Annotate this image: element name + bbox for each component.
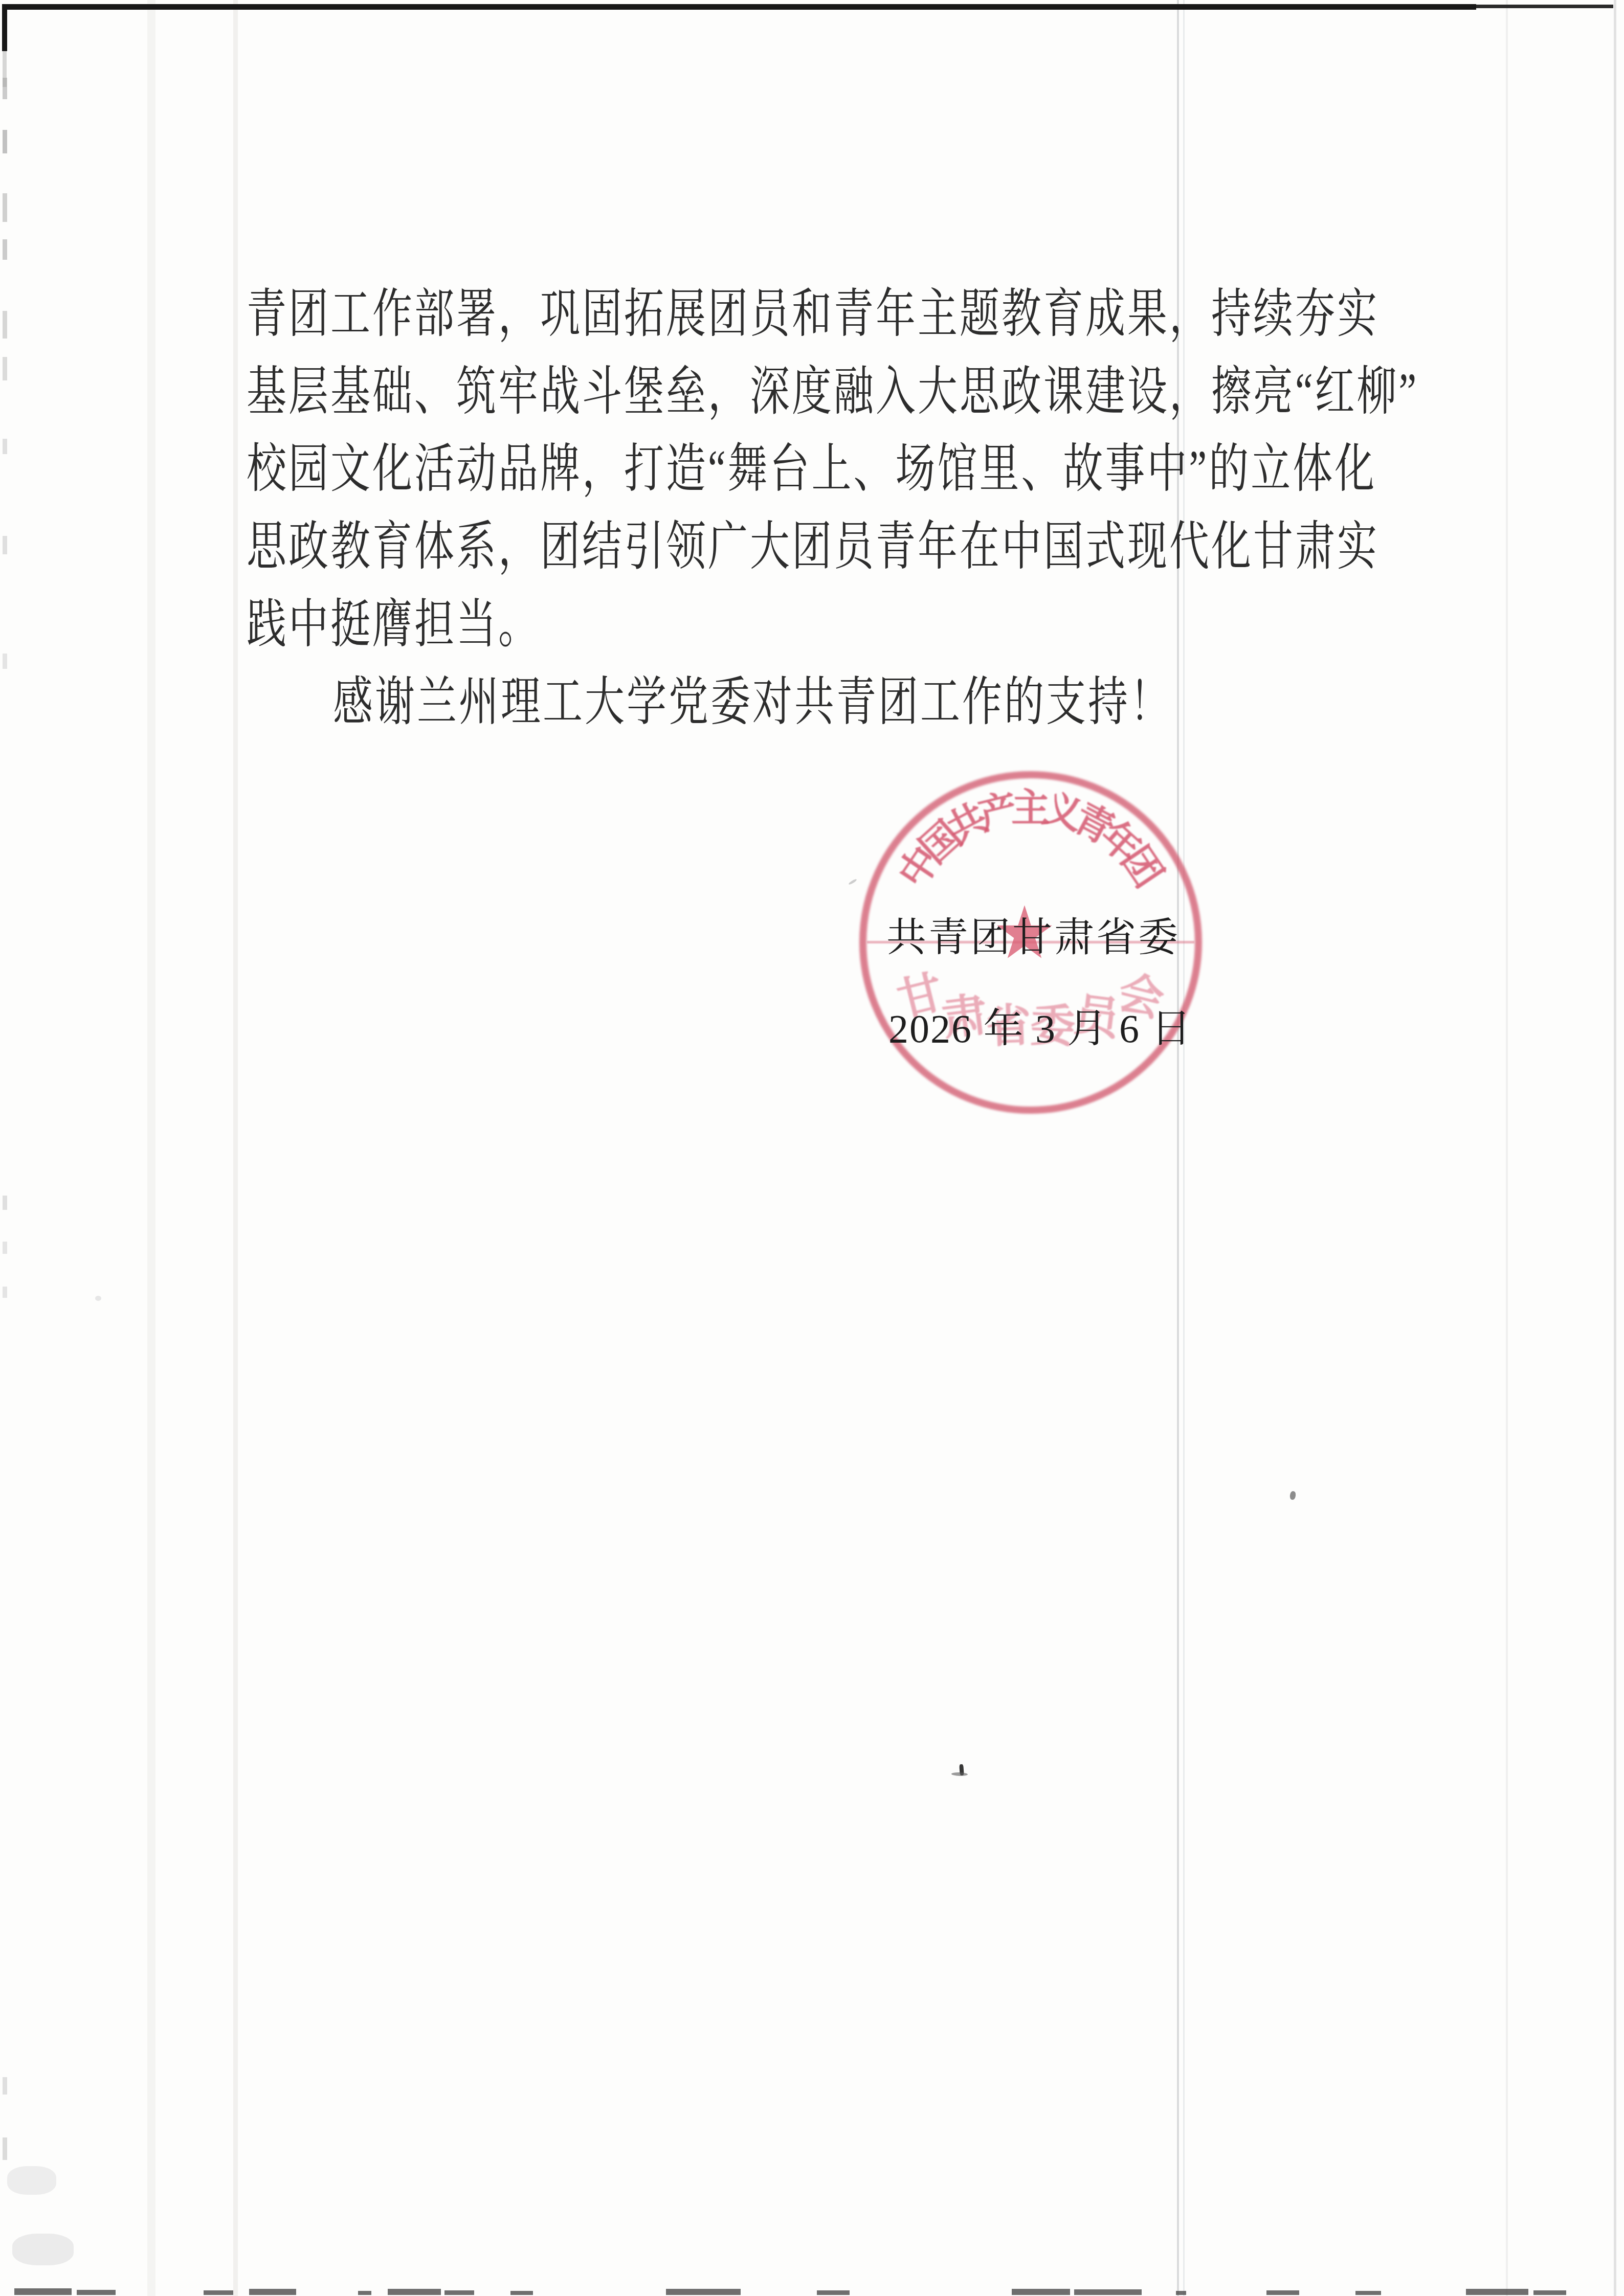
scan-edge-top-tail [1476,5,1613,8]
bottom-edge-dash [1176,2291,1186,2295]
scan-speck [12,2234,74,2265]
bottom-edge-dash [388,2289,441,2295]
scan-edge-left [2,4,7,51]
left-edge-dash [3,1196,7,1210]
left-edge-dash [3,2077,7,2095]
date-line: 2026 年 3 月 6 日 [888,1007,1192,1050]
thanks-line: 感谢兰州理工大学党委对共青团工作的支持！ [247,663,1392,741]
left-edge-dash [3,1287,7,1298]
bottom-edge-dash [1266,2290,1299,2295]
body-line: 青团工作部署，巩固拓展团员和青年主题教育成果，持续夯实 [247,275,1392,353]
left-edge-dash [3,2137,7,2160]
left-edge-dash [3,311,7,339]
scan-edge-top [3,4,1476,10]
bottom-edge-dash [1355,2291,1381,2295]
left-edge-dash [3,439,7,454]
scan-line [233,0,238,2296]
bottom-edge-dash [249,2289,296,2295]
left-edge-dash [3,78,7,99]
bottom-edge-dash [510,2291,533,2295]
document-page: 中国共产主义青年团 甘肃省委员会 青团工作部署，巩固拓展团员和青年主题教育成果，… [0,0,1624,2296]
bottom-edge-dash [1012,2289,1070,2295]
bottom-edge-dash [14,2288,72,2295]
left-edge-dash [3,193,7,222]
scan-line [147,0,155,2296]
scan-line [1614,0,1616,2296]
letter-body: 青团工作部署，巩固拓展团员和青年主题教育成果，持续夯实 基层基础、筑牢战斗堡垒，… [247,275,1392,741]
scan-speck [95,1296,101,1301]
left-edge-dash [3,130,7,153]
bottom-edge-dash [204,2290,233,2295]
bottom-edge-dash [77,2290,116,2295]
body-line: 校园文化活动品牌，打造“舞台上、场馆里、故事中”的立体化 [247,431,1392,508]
scan-speck [1289,1491,1296,1500]
left-edge-dash [3,239,7,260]
left-edge-dash [3,654,7,669]
bottom-edge-dash [444,2290,474,2295]
bottom-edge-dash [1466,2289,1528,2295]
body-line: 基层基础、筑牢战斗堡垒，深度融入大思政课建设，擦亮“红柳” [247,353,1392,431]
bottom-edge-dash [1074,2289,1142,2295]
signature-line: 共青团甘肃省委 [886,916,1180,959]
scan-speck [848,879,857,886]
body-line: 思政教育体系，团结引领广大团员青年在中国式现代化甘肃实 [247,508,1392,586]
scan-speck [7,2166,56,2195]
left-edge-dash [3,1242,7,1254]
body-line: 践中挺膺担当。 [247,586,1392,663]
left-edge-dash [3,536,7,554]
bottom-edge-dash [1533,2290,1566,2295]
bottom-edge-dash [358,2291,371,2295]
bottom-edge-dash [817,2290,850,2295]
scan-speck [951,1772,968,1776]
bottom-edge-dash [666,2289,741,2295]
scan-line [1506,0,1508,2296]
left-edge-dash [3,357,7,380]
